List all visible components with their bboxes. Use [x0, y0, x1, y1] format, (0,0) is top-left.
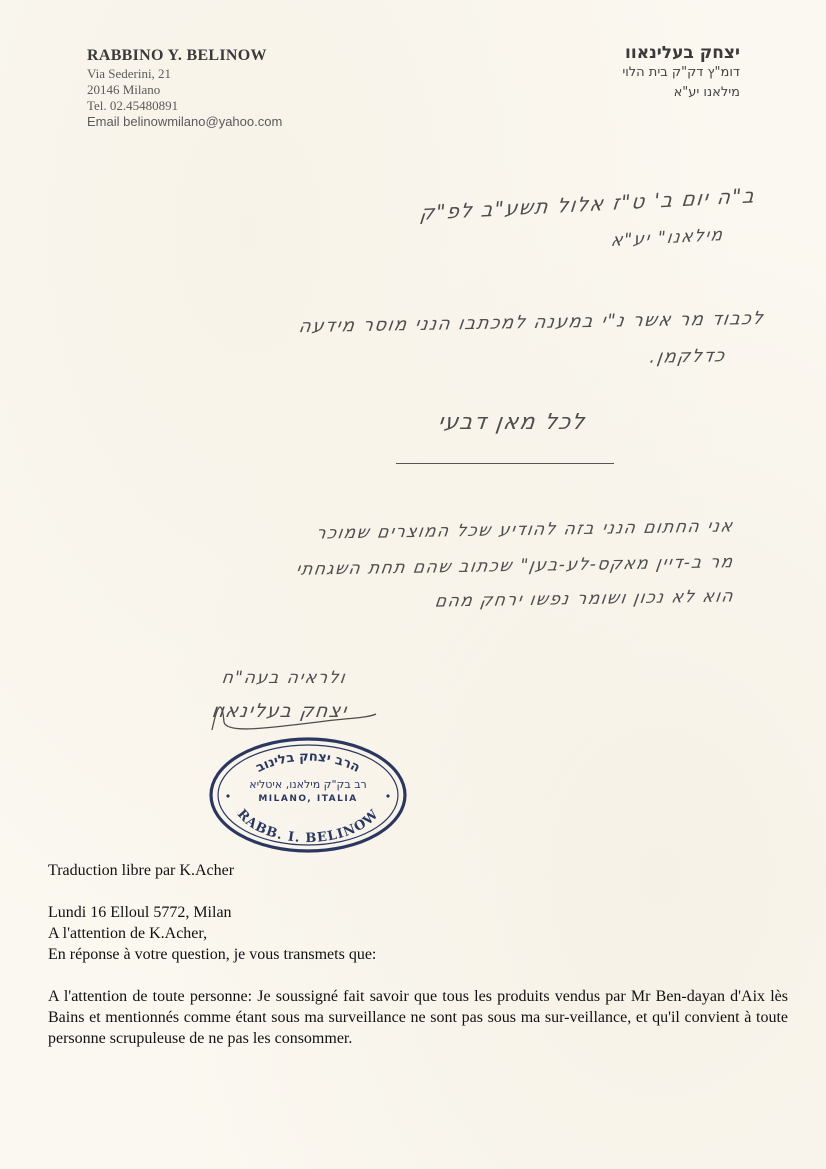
translation-addressee: A l'attention de K.Acher, [48, 923, 788, 944]
handwritten-greeting-line-2: כדלקמן. [649, 345, 728, 367]
email: Email belinowmilano@yahoo.com [87, 114, 282, 130]
stamp-top-arc: הרב יצחק בלינוב [254, 750, 363, 776]
svg-text:הרב יצחק בלינוב: הרב יצחק בלינוב [254, 750, 363, 776]
address: Via Sederini, 21 [87, 66, 282, 82]
official-stamp: הרב יצחק בלינוב RABB. I. BELINOW רב בק"ק… [208, 736, 408, 854]
handwritten-closing: ולראיה בעה"ח [221, 668, 348, 688]
spacer [48, 881, 788, 902]
letterhead-latin: RABBINO Y. BELINOW Via Sederini, 21 2014… [87, 47, 282, 130]
stamp-inner-hebrew: רב בק"ק מילאנו, איטליא [208, 778, 408, 791]
telephone: Tel. 02.45480891 [87, 98, 282, 114]
stamp-bottom-arc: RABB. I. BELINOW [234, 807, 382, 846]
city: 20146 Milano [87, 82, 282, 98]
rabbi-name: RABBINO Y. BELINOW [87, 47, 282, 65]
translation-date: Lundi 16 Elloul 5772, Milan [48, 902, 788, 923]
handwritten-body-line-2: מר ב-דיין מאקס-לע-בען" שכתוב שהם תחת השג… [295, 552, 736, 580]
spacer [48, 965, 788, 986]
handwritten-body-line-3: הוא לא נכון ושומר נפשו ירחק מהם [433, 586, 735, 611]
translation-body: A l'attention de toute personne: Je sous… [48, 986, 788, 1049]
handwritten-greeting-line-1: לכבוד מר אשר נ"י במענה למכתבו הנני מוסר … [297, 308, 766, 337]
french-translation: Traduction libre par K.Acher Lundi 16 El… [48, 860, 788, 1049]
handwritten-date: ב"ה יום ב' ט"ז אלול תשע"ב לפ"ק [419, 183, 757, 225]
rabbi-title-hebrew: דומ"ץ דק"ק בית הלוי [622, 63, 740, 83]
translation-credit: Traduction libre par K.Acher [48, 860, 788, 881]
stamp-inner-latin: MILANO, ITALIA [208, 794, 408, 804]
handwritten-body-line-1: אני החתום הנני בזה להודיע שכל המוצרים שמ… [315, 516, 736, 543]
handwritten-heading: לכל מאן דבעי [437, 410, 588, 435]
signature-flourish [208, 692, 378, 737]
handwritten-place: מילאנו" יע"א [610, 225, 725, 251]
city-hebrew: מילאנו יע"א [622, 83, 740, 103]
letter-page: RABBINO Y. BELINOW Via Sederini, 21 2014… [0, 0, 826, 1169]
rabbi-name-hebrew: יצחק בעלינאוו [622, 43, 740, 63]
letterhead-hebrew: יצחק בעלינאוו דומ"ץ דק"ק בית הלוי מילאנו… [622, 43, 740, 103]
translation-intro: En réponse à votre question, je vous tra… [48, 944, 788, 965]
heading-underline [396, 463, 614, 464]
svg-text:RABB. I. BELINOW: RABB. I. BELINOW [234, 807, 382, 846]
